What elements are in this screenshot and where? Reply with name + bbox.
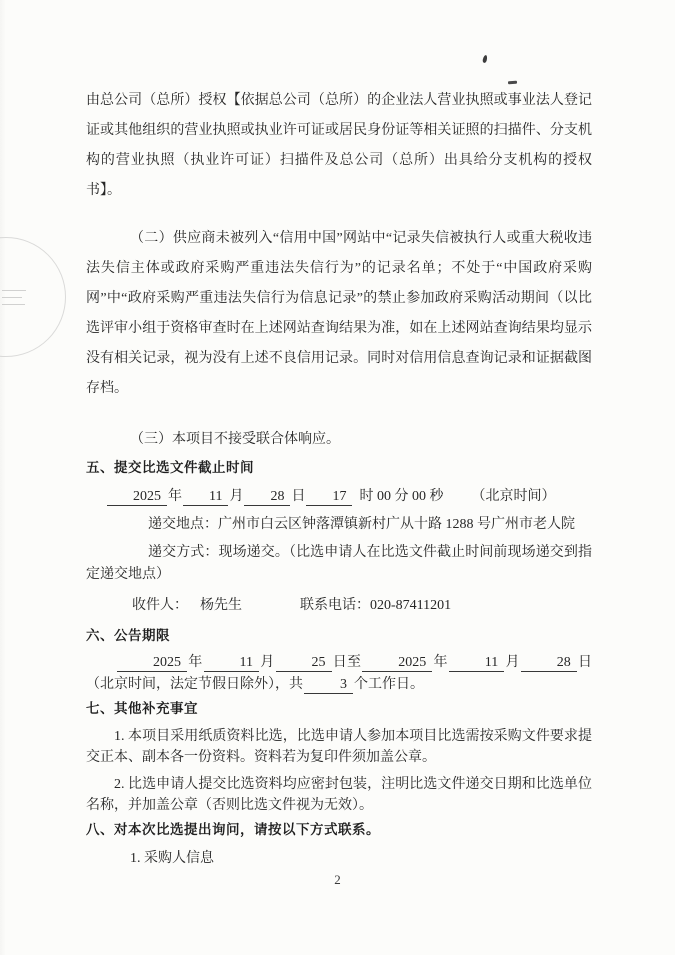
- period-from-year-label: 年: [188, 655, 203, 670]
- submission-deadline-line: 2025年11月28日17时 00 分 00 秒（北京时间）: [86, 486, 592, 508]
- section7-item2: 2. 比选申请人提交比选资料均应密封包装，注明比选文件递交日期和比选单位名称，并…: [86, 774, 592, 816]
- delivery-method-line: 递交方式：现场递交。（比选申请人在比选文件截止时间前现场递交到指定递交地点）: [86, 542, 592, 586]
- section7-heading: 七、其他补充事宜: [86, 699, 592, 719]
- faint-seal-text-line: [2, 297, 22, 298]
- section8-heading: 八、对本次比选提出询问，请按以下方式联系。: [86, 820, 592, 840]
- period-from-day: 25: [276, 654, 332, 672]
- section6-heading: 六、公告期限: [86, 626, 592, 646]
- period-to-month: 11: [449, 654, 504, 672]
- paragraph-credit-record: （二）供应商未被列入“信用中国”网站中“记录失信被执行人或重大税收违法失信主体或…: [86, 224, 592, 404]
- recipient-label: 收件人：: [132, 598, 188, 613]
- faint-seal-text-line: [2, 290, 26, 291]
- section8-item1: 1. 采购人信息: [86, 848, 592, 870]
- page-number: 2: [0, 872, 675, 888]
- period-to-year: 2025: [362, 654, 432, 672]
- phone-label: 联系电话：: [300, 598, 370, 613]
- deadline-year: 2025: [107, 488, 167, 506]
- deadline-day: 28: [244, 488, 290, 506]
- period-range-label: 日至: [333, 655, 362, 670]
- deadline-time-tail: 时 00 分 00 秒: [359, 489, 443, 504]
- section5-heading: 五、提交比选文件截止时间: [86, 458, 592, 478]
- period-to-day: 28: [521, 654, 577, 672]
- deadline-timezone: （北京时间）: [471, 489, 555, 504]
- announcement-period-line: 2025年11月25日至2025年11月28日（北京时间，法定节假日除外），共3…: [86, 652, 592, 696]
- document-page: 由总公司（总所）授权【依据总公司（总所）的企业法人营业执照或事业法人登记证或其他…: [0, 0, 675, 955]
- deadline-day-label: 日: [291, 489, 305, 504]
- recipient-name: 杨先生: [200, 598, 242, 613]
- delivery-place-line: 递交地点：广州市白云区钟落潭镇新村广从十路 1288 号广州市老人院: [86, 514, 592, 536]
- deadline-year-label: 年: [168, 489, 182, 504]
- period-working-days: 3: [304, 676, 353, 694]
- period-to-month-label: 月: [505, 655, 520, 670]
- paragraph-authorization: 由总公司（总所）授权【依据总公司（总所）的企业法人营业执照或事业法人登记证或其他…: [86, 86, 592, 206]
- recipient-line: 收件人：杨先生联系电话：020-87411201: [86, 595, 592, 617]
- deadline-month: 11: [183, 488, 228, 506]
- period-from-month: 11: [204, 654, 259, 672]
- period-from-month-label: 月: [260, 655, 275, 670]
- period-from-year: 2025: [117, 654, 187, 672]
- deadline-hour: 17: [306, 488, 352, 506]
- section7-item1: 1. 本项目采用纸质资料比选，比选申请人参加本项目比选需按采购文件要求提交正本、…: [86, 726, 592, 768]
- deadline-month-label: 月: [229, 489, 243, 504]
- period-to-year-label: 年: [433, 655, 448, 670]
- document-body: 由总公司（总所）授权【依据总公司（总所）的企业法人营业执照或事业法人登记证或其他…: [86, 0, 592, 870]
- phone-number: 020-87411201: [370, 598, 451, 613]
- paragraph-no-consortium: （三）本项目不接受联合体响应。: [86, 429, 592, 451]
- faint-seal-text-line: [2, 304, 25, 305]
- period-tail-after-days: 个工作日。: [354, 677, 424, 692]
